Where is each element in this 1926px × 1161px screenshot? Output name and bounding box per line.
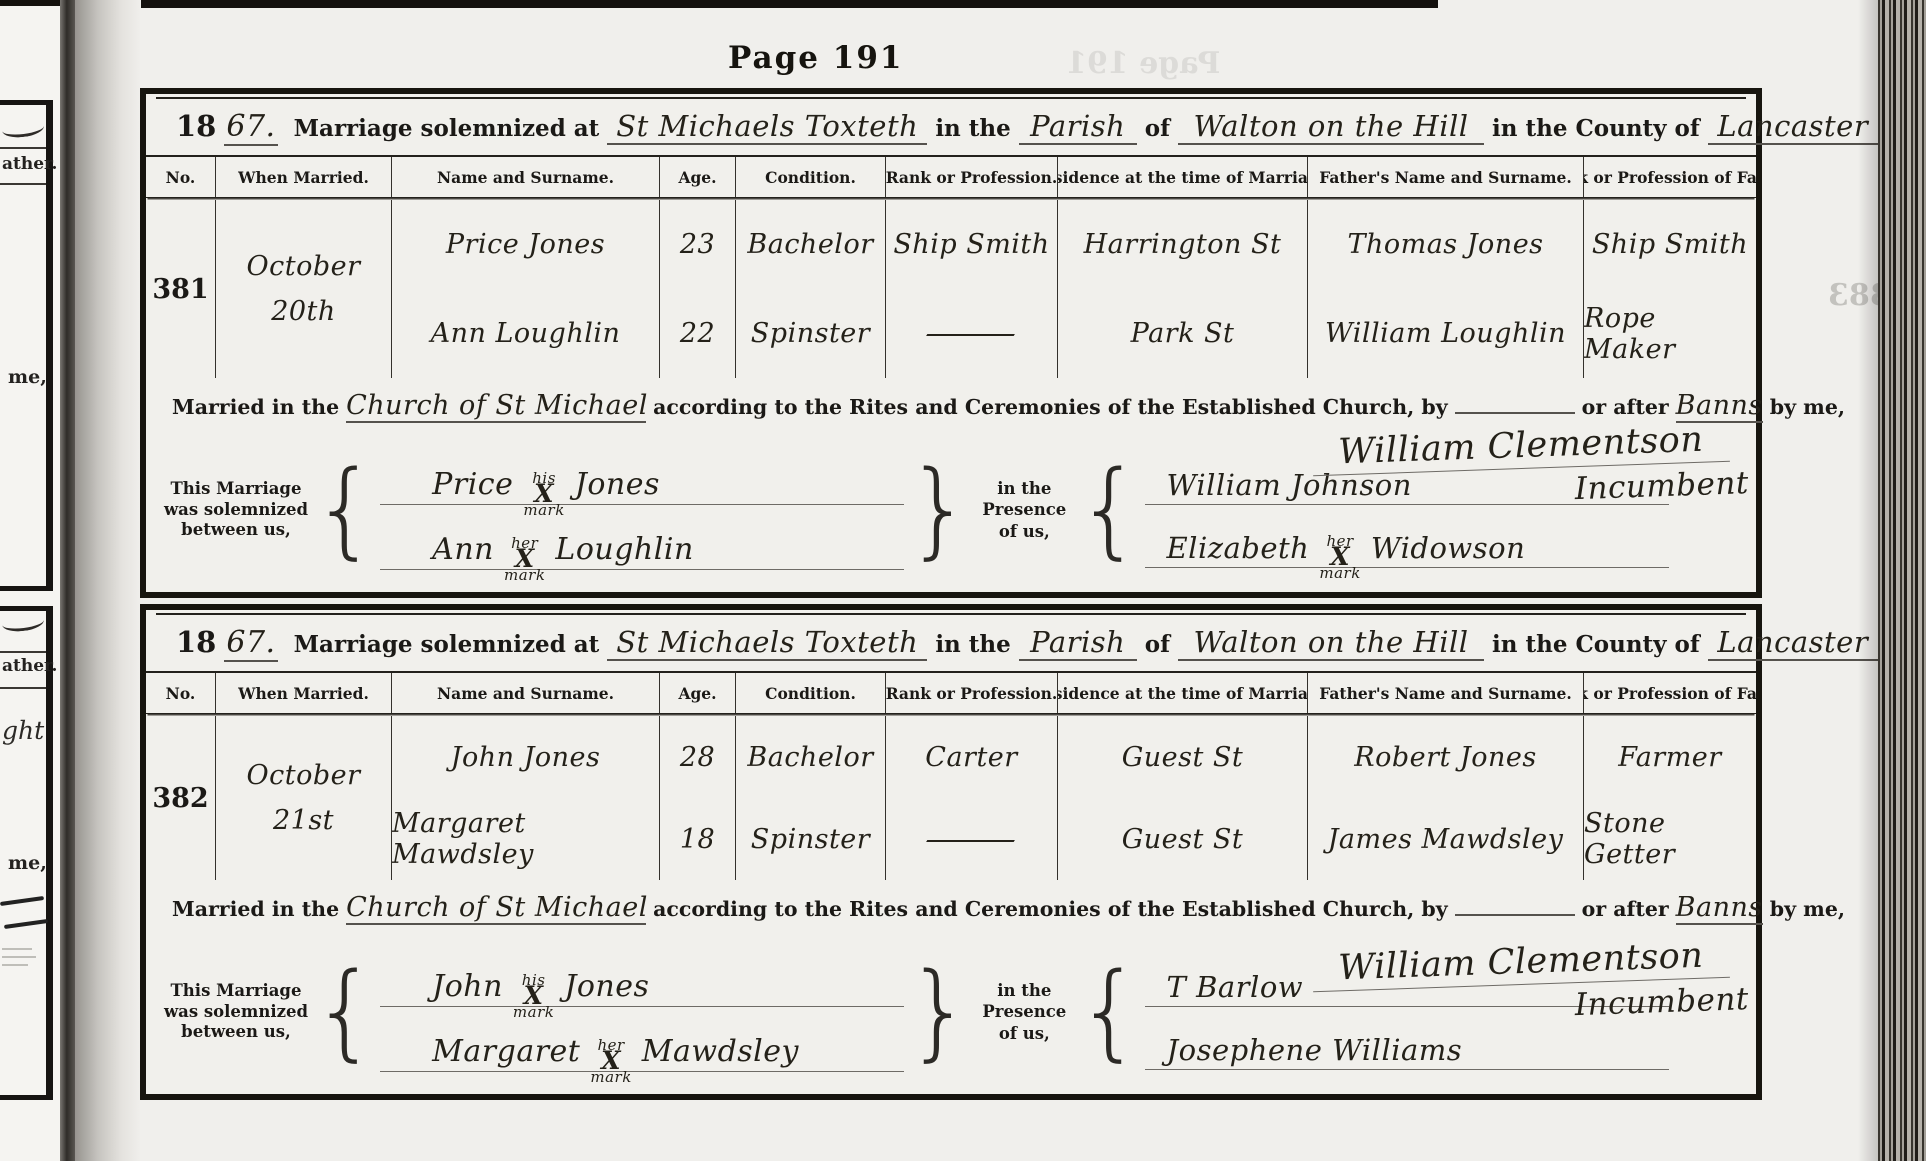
page-gutter-shadow	[75, 0, 141, 1161]
heading-parish-word: Parish	[1019, 109, 1137, 145]
col-residence: Residence at the time of Marriage.	[1058, 157, 1308, 197]
cell-bride-name: Ann Loughlin	[392, 289, 660, 378]
cell-bride-profession: —	[886, 798, 1058, 880]
prev-header-rule	[0, 687, 46, 689]
blank-line	[1455, 900, 1575, 916]
groom-signature: John his X mark Jones	[380, 952, 904, 1007]
witness-mark: her X mark	[1319, 535, 1360, 579]
prev-frame-border	[46, 102, 53, 591]
col-father-profession: Rank or Profession of Father.	[1584, 673, 1756, 713]
col-when-married: When Married.	[216, 673, 392, 713]
prev-faint-text	[2, 948, 32, 950]
col-rank-profession: Rank or Profession.	[886, 157, 1058, 197]
brace: {	[312, 463, 378, 557]
prev-fragment-me: me,	[8, 366, 47, 388]
prev-fragment-father: ather.	[2, 154, 57, 174]
prev-header-rule	[0, 651, 46, 653]
this-marriage-label: This Marriage was solemnized between us,	[162, 981, 310, 1043]
cell-when-married: October 21st	[216, 716, 392, 880]
witness-signature: Elizabeth her X mark Widowson	[1145, 515, 1669, 568]
banns-entry: Banns	[1676, 892, 1763, 925]
heading-place: St Michaels Toxteth	[607, 625, 927, 661]
previous-page-edge: ather. me, ather. ght me,	[0, 6, 62, 1161]
or-after: or after	[1582, 897, 1669, 921]
presence-label: in the Presence of us,	[974, 478, 1074, 542]
cell-bride-condition: Spinster	[736, 289, 886, 378]
cell-groom-age: 28	[660, 716, 736, 798]
prev-handwriting-flourish	[1, 612, 45, 634]
cell-bride-father: William Loughlin	[1308, 289, 1584, 378]
brace: }	[906, 965, 972, 1059]
by-me: by me,	[1770, 897, 1845, 921]
heading-parish-word: Parish	[1019, 625, 1137, 661]
cell-groom-profession: Carter	[886, 716, 1058, 798]
brace: {	[312, 965, 378, 1059]
prev-fragment-handwriting: ght	[2, 716, 44, 745]
rites-text: according to the Rites and Ceremonies of…	[653, 897, 1448, 921]
presence-label: in the Presence of us,	[974, 980, 1074, 1044]
column-headers: No. When Married. Name and Surname. Age.…	[146, 671, 1756, 714]
cell-entry-number: 382	[146, 716, 216, 880]
bride-mark: her X mark	[504, 537, 545, 581]
prev-frame-rule	[0, 586, 53, 591]
cell-groom-name: John Jones	[392, 716, 660, 798]
prev-frame-rule	[0, 100, 53, 105]
prev-handwriting-flourish	[1, 118, 45, 140]
bride-mark: her X mark	[590, 1039, 631, 1083]
brace: }	[906, 463, 972, 557]
cell-bride-profession: —	[886, 289, 1058, 378]
col-father-profession: Rank or Profession of Father.	[1584, 157, 1756, 197]
bride-signature: Margaret her X mark Mawdsley	[380, 1017, 904, 1072]
heading-solemnized-at: Marriage solemnized at	[294, 115, 600, 142]
or-after: or after	[1582, 395, 1669, 419]
year-printed: 18	[176, 109, 216, 143]
prev-faint-text	[2, 956, 36, 958]
heading-solemnized-at: Marriage solemnized at	[294, 631, 600, 658]
brace: {	[1076, 965, 1142, 1059]
cell-bride-condition: Spinster	[736, 798, 886, 880]
record-table: 382 October 21st John Jones 28 Bachelor …	[146, 716, 1756, 880]
prev-frame-border	[46, 608, 53, 1100]
year-written: 67.	[224, 625, 277, 662]
brace: {	[1076, 463, 1142, 557]
this-marriage-label: This Marriage was solemnized between us,	[162, 479, 310, 541]
cell-bride-father: James Mawdsley	[1308, 798, 1584, 880]
col-name-surname: Name and Surname.	[392, 157, 660, 197]
col-no: No.	[146, 157, 216, 197]
cell-bride-residence: Park St	[1058, 289, 1308, 378]
record-table: 381 October 20th Price Jones 23 Bachelor…	[146, 200, 1756, 378]
col-when-married: When Married.	[216, 157, 392, 197]
heading-of: of	[1145, 115, 1170, 142]
prev-frame-rule	[0, 1095, 53, 1100]
book-page-stack-edge	[1878, 0, 1926, 1161]
cell-groom-father: Thomas Jones	[1308, 200, 1584, 289]
page-gutter-edge	[60, 0, 75, 1161]
ghost-page-number: Page 191	[1066, 46, 1220, 81]
col-age: Age.	[660, 157, 736, 197]
cell-bride-father-profession: Rope Maker	[1584, 289, 1756, 378]
heading-parish: Walton on the Hill	[1178, 625, 1484, 661]
rites-text: according to the Rites and Ceremonies of…	[653, 395, 1448, 419]
married-in-the: Married in the	[172, 897, 339, 921]
heading-of: of	[1145, 631, 1170, 658]
register-heading: 1867. Marriage solemnized at St Michaels…	[146, 615, 1756, 671]
prev-fragment-father: ather.	[2, 656, 57, 676]
cell-groom-father-profession: Farmer	[1584, 716, 1756, 798]
church-name: Church of St Michael	[346, 390, 646, 423]
couple-signatures: John his X mark Jones Margaret her X mar…	[380, 952, 904, 1072]
cell-groom-residence: Harrington St	[1058, 200, 1308, 289]
col-condition: Condition.	[736, 157, 886, 197]
col-rank-profession: Rank or Profession.	[886, 673, 1058, 713]
col-residence: Residence at the time of Marriage.	[1058, 673, 1308, 713]
cell-entry-number: 381	[146, 200, 216, 378]
heading-parish: Walton on the Hill	[1178, 109, 1484, 145]
bride-signature: Ann her X mark Loughlin	[380, 515, 904, 570]
married-in-the: Married in the	[172, 395, 339, 419]
officiant-signature: William Clementson Incumbent	[1312, 419, 1732, 517]
cell-bride-father-profession: Stone Getter	[1584, 798, 1756, 880]
col-age: Age.	[660, 673, 736, 713]
book-top-edge	[0, 0, 1438, 8]
col-name-surname: Name and Surname.	[392, 673, 660, 713]
blank-line	[1455, 398, 1575, 414]
marriage-record-382: 1867. Marriage solemnized at St Michaels…	[140, 604, 1762, 1100]
cell-bride-residence: Guest St	[1058, 798, 1308, 880]
heading-county-of: in the County of	[1492, 631, 1700, 658]
heading-county: Lancaster	[1708, 625, 1878, 661]
cell-bride-age: 18	[660, 798, 736, 880]
year-written: 67.	[224, 109, 277, 146]
col-no: No.	[146, 673, 216, 713]
cell-groom-profession: Ship Smith	[886, 200, 1058, 289]
cell-groom-condition: Bachelor	[736, 716, 886, 798]
heading-place: St Michaels Toxteth	[607, 109, 927, 145]
prev-signature-tail	[4, 919, 48, 929]
page-number: Page 191	[728, 40, 903, 76]
ceremony-line: Married in the Church of St Michael acco…	[146, 892, 1756, 936]
prev-frame-rule	[0, 606, 53, 611]
prev-fragment-me: me,	[8, 852, 47, 874]
church-name: Church of St Michael	[346, 892, 646, 925]
groom-mark: his X mark	[523, 472, 564, 516]
by-me: by me,	[1770, 395, 1845, 419]
col-father-name: Father's Name and Surname.	[1308, 157, 1584, 197]
cell-groom-father: Robert Jones	[1308, 716, 1584, 798]
col-condition: Condition.	[736, 673, 886, 713]
groom-mark: his X mark	[513, 974, 554, 1018]
heading-county-of: in the County of	[1492, 115, 1700, 142]
heading-county: Lancaster	[1708, 109, 1878, 145]
register-heading: 1867. Marriage solemnized at St Michaels…	[146, 99, 1756, 155]
cell-bride-name: Margaret Mawdsley	[392, 798, 660, 880]
column-headers: No. When Married. Name and Surname. Age.…	[146, 155, 1756, 198]
heading-in-the: in the	[935, 115, 1010, 142]
cell-bride-age: 22	[660, 289, 736, 378]
heading-in-the: in the	[935, 631, 1010, 658]
groom-signature: Price his X mark Jones	[380, 450, 904, 505]
cell-groom-age: 23	[660, 200, 736, 289]
register-scan: ather. me, ather. ght me, Page 191 Page …	[0, 0, 1926, 1161]
prev-header-rule	[0, 183, 46, 185]
prev-header-rule	[0, 147, 46, 149]
prev-signature-tail	[0, 896, 44, 906]
couple-signatures: Price his X mark Jones Ann her X mark	[380, 450, 904, 570]
cell-groom-residence: Guest St	[1058, 716, 1308, 798]
cell-groom-condition: Bachelor	[736, 200, 886, 289]
year-printed: 18	[176, 625, 216, 659]
officiant-signature: William Clementson Incumbent	[1312, 935, 1732, 1033]
cell-when-married: October 20th	[216, 200, 392, 378]
book-edge-shadow	[1858, 0, 1878, 1161]
cell-groom-father-profession: Ship Smith	[1584, 200, 1756, 289]
cell-groom-name: Price Jones	[392, 200, 660, 289]
col-father-name: Father's Name and Surname.	[1308, 673, 1584, 713]
marriage-record-381: 1867. Marriage solemnized at St Michaels…	[140, 88, 1762, 598]
prev-faint-text	[2, 964, 28, 966]
